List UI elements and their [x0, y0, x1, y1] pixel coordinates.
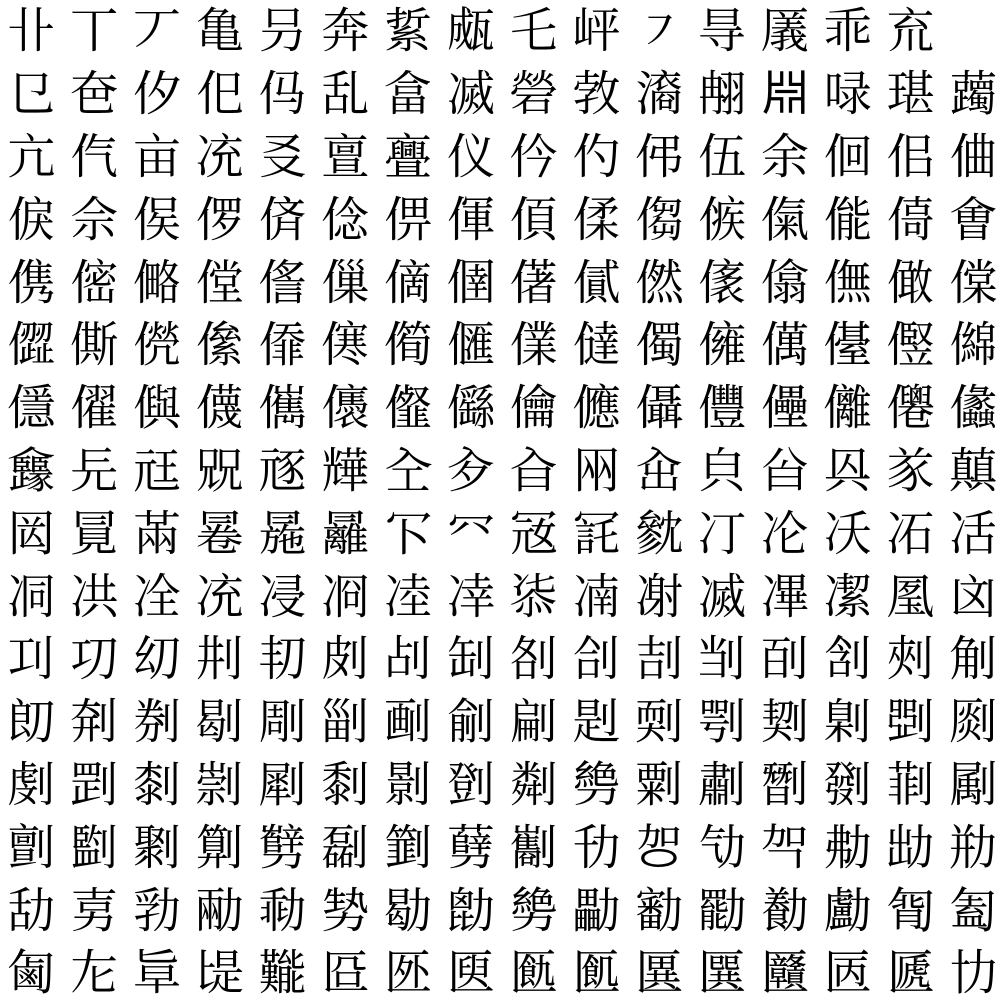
glyph-cell: 㔊 — [0, 816, 63, 879]
glyph-cell: 㒑 — [440, 314, 503, 377]
glyph-cell: 㒹 — [942, 440, 1005, 503]
glyph-cell: 㓊 — [0, 565, 63, 628]
glyph-cell: 乖 — [816, 0, 879, 63]
glyph-cell: 㓅 — [691, 502, 754, 565]
glyph-cell: 㑵 — [691, 188, 754, 251]
glyph-cell: 㒒 — [502, 314, 565, 377]
glyph-cell: 㔱 — [440, 942, 503, 1005]
glyph-cell: 䕽 — [942, 63, 1005, 126]
glyph-cell: 㓸 — [879, 691, 942, 754]
glyph-cell: 㔩 — [942, 879, 1005, 942]
glyph-cell: 㓂 — [502, 502, 565, 565]
glyph-cell: 㓟 — [314, 628, 377, 691]
glyph-cell: 㓃 — [565, 502, 628, 565]
glyph-cell: 㓱 — [440, 691, 503, 754]
glyph-cell: 㔌 — [126, 816, 189, 879]
glyph-cell: 㔂 — [502, 754, 565, 817]
glyph-cell: 㒙 — [942, 314, 1005, 377]
glyph-cell: 㑼 — [126, 251, 189, 314]
glyph-cell: 㓍 — [188, 565, 251, 628]
glyph-cell: 㒠 — [377, 377, 440, 440]
glyph-cell: 㑋 — [942, 126, 1005, 189]
glyph-cell: 㔶 — [754, 942, 817, 1005]
glyph-cell: 㔤 — [628, 879, 691, 942]
glyph-cell: 丆 — [126, 0, 189, 63]
glyph-cell: 㓆 — [754, 502, 817, 565]
glyph-cell: 㒯 — [314, 440, 377, 503]
glyph-cell: 㒀 — [377, 251, 440, 314]
glyph-cell: 㒟 — [314, 377, 377, 440]
glyph-cell: 㔫 — [63, 942, 126, 1005]
glyph-cell: 㔯 — [314, 942, 377, 1005]
glyph-cell: 㔵 — [691, 942, 754, 1005]
glyph-cell: 㔄 — [628, 754, 691, 817]
glyph-cell: 㔔 — [628, 816, 691, 879]
glyph-cell: 㓎 — [251, 565, 314, 628]
glyph-cell: 㓒 — [502, 565, 565, 628]
glyph-cell: 㔹 — [942, 942, 1005, 1005]
glyph-cell: 㓵 — [691, 691, 754, 754]
glyph-cell: 㓚 — [0, 628, 63, 691]
glyph-cell: 㒘 — [879, 314, 942, 377]
glyph-cell: 㔙 — [942, 816, 1005, 879]
glyph-cell: 㑾 — [251, 251, 314, 314]
glyph-cell: 䃕 — [502, 63, 565, 126]
glyph-cell: 㒚 — [0, 377, 63, 440]
glyph-cell: 㔁 — [440, 754, 503, 817]
glyph-cell: 㒔 — [628, 314, 691, 377]
glyph-cell: 㔚 — [0, 879, 63, 942]
glyph-cell: 㒜 — [126, 377, 189, 440]
glyph-cell: 㓇 — [816, 502, 879, 565]
glyph-cell: 㔅 — [691, 754, 754, 817]
glyph-cell: 㔒 — [502, 816, 565, 879]
glyph-cell: 㒞 — [251, 377, 314, 440]
glyph-cell: 㒽 — [188, 502, 251, 565]
glyph-cell: 㓿 — [314, 754, 377, 817]
glyph-cell: 㓕 — [691, 565, 754, 628]
glyph-cell: 㔓 — [565, 816, 628, 879]
glyph-cell: 㐹 — [63, 126, 126, 189]
glyph-cell: 㒓 — [565, 314, 628, 377]
glyph-cell: 㓲 — [502, 691, 565, 754]
glyph-cell: 夿 — [63, 63, 126, 126]
glyph-cell: 仱 — [502, 126, 565, 189]
glyph-cell: 㔆 — [754, 754, 817, 817]
glyph-cell: 㔏 — [314, 816, 377, 879]
glyph-cell: 㓑 — [440, 565, 503, 628]
glyph-cell: 㔟 — [314, 879, 377, 942]
glyph-cell: 㓛 — [63, 628, 126, 691]
glyph-cell: 㔬 — [126, 942, 189, 1005]
glyph-cell: 㓘 — [879, 565, 942, 628]
glyph-cell: 㓷 — [816, 691, 879, 754]
glyph-cell: 㕒 — [754, 0, 817, 63]
glyph-cell: 㔗 — [816, 816, 879, 879]
glyph-cell: 㒕 — [691, 314, 754, 377]
glyph-cell: 㒡 — [440, 377, 503, 440]
glyph-cell: 㓨 — [879, 628, 942, 691]
glyph-cell: 㔋 — [63, 816, 126, 879]
glyph-cell: 亀 — [188, 0, 251, 63]
glyph-cell: 㒦 — [754, 377, 817, 440]
glyph-cell: 㓈 — [879, 502, 942, 565]
glyph-cell: 㒬 — [126, 440, 189, 503]
glyph-cell: 㒏 — [314, 314, 377, 377]
glyph-cell: 㔭 — [188, 942, 251, 1005]
glyph-cell: 㓋 — [63, 565, 126, 628]
glyph-cell: 㓕 — [440, 63, 503, 126]
glyph-cell: 㓉 — [942, 502, 1005, 565]
glyph-cell: 㒶 — [754, 440, 817, 503]
glyph-cell: 㔮 — [251, 942, 314, 1005]
glyph-cell: 㔳 — [565, 942, 628, 1005]
glyph-cell: 㔐 — [377, 816, 440, 879]
glyph-cell: 㑫 — [314, 188, 377, 251]
glyph-cell: 㑩 — [188, 188, 251, 251]
glyph-cell: 㓄 — [628, 502, 691, 565]
glyph-cell: 㔕 — [691, 816, 754, 879]
glyph-cell: 㑻 — [63, 251, 126, 314]
glyph-cell: 𣶒 — [754, 63, 817, 126]
glyph-cell: 㒣 — [565, 377, 628, 440]
glyph-cell: 伍 — [691, 126, 754, 189]
glyph-cell: 㓺 — [0, 754, 63, 817]
glyph-cell: 㑦 — [0, 188, 63, 251]
glyph-cell: 㔴 — [628, 942, 691, 1005]
glyph-cell: 㓮 — [251, 691, 314, 754]
glyph-cell: 㒢 — [502, 377, 565, 440]
glyph-cell: 㓴 — [628, 691, 691, 754]
glyph-cell: 亩 — [126, 126, 189, 189]
glyph-cell: 㑿 — [314, 251, 377, 314]
glyph-cell: 䋢 — [377, 0, 440, 63]
glyph-cell: 㒫 — [63, 440, 126, 503]
glyph-cell: 㒐 — [377, 314, 440, 377]
glyph-cell: 㓧 — [816, 628, 879, 691]
glyph-cell: 㓦 — [754, 628, 817, 691]
glyph-cell: 亶 — [314, 126, 377, 189]
glyph-cell: 㓁 — [440, 502, 503, 565]
glyph-cell: 㓹 — [942, 691, 1005, 754]
glyph-cell: 岼 — [565, 0, 628, 63]
glyph-cell: 㒅 — [691, 251, 754, 314]
glyph-cell: 㑪 — [251, 188, 314, 251]
glyph-cell: 㓩 — [942, 628, 1005, 691]
glyph-cell: 㒇 — [816, 251, 879, 314]
glyph-cell: 㼩 — [440, 0, 503, 63]
glyph-cell: 㐷 — [251, 63, 314, 126]
glyph-cell: 㒊 — [0, 314, 63, 377]
glyph-cell: 㒩 — [942, 377, 1005, 440]
glyph-cell: 伄 — [628, 126, 691, 189]
glyph-cell: 㔃 — [565, 754, 628, 817]
glyph-cell: 㒄 — [628, 251, 691, 314]
glyph-cell: 㑶 — [754, 188, 817, 251]
glyph-cell: 㔧 — [816, 879, 879, 942]
glyph-cell: 余 — [754, 126, 817, 189]
glyph-cell: 㔣 — [565, 879, 628, 942]
glyph-cell: 㒸 — [879, 440, 942, 503]
glyph-cell: 㓢 — [502, 628, 565, 691]
glyph-cell: 㒻 — [63, 502, 126, 565]
glyph-cell: 㑭 — [377, 188, 440, 251]
glyph-cell: 㑽 — [188, 251, 251, 314]
glyph-cell: 㒪 — [0, 440, 63, 503]
glyph-cell: 㒉 — [942, 251, 1005, 314]
glyph-cell: 㓐 — [377, 565, 440, 628]
glyph-cell: 㒳 — [565, 440, 628, 503]
glyph-cell: 㒲 — [502, 440, 565, 503]
glyph-cell: 㓔 — [628, 565, 691, 628]
glyph-cell: 㒁 — [440, 251, 503, 314]
glyph-cell: 㔡 — [440, 879, 503, 942]
glyph-cell: 㐶 — [188, 63, 251, 126]
glyph-cell: 佪 — [816, 126, 879, 189]
glyph-cell: 㓝 — [188, 628, 251, 691]
glyph-cell: 㒼 — [126, 502, 189, 565]
glyph-cell: 㓶 — [754, 691, 817, 754]
glyph-cell: 㒵 — [691, 440, 754, 503]
glyph-cell: 㑨 — [126, 188, 189, 251]
glyph-cell: 㔠 — [377, 879, 440, 942]
glyph-cell: 㑯 — [502, 188, 565, 251]
glyph-cell: 㒂 — [502, 251, 565, 314]
glyph-cell: 㒨 — [879, 377, 942, 440]
glyph-cell: 佀 — [879, 126, 942, 189]
glyph-cell: 㔑 — [440, 816, 503, 879]
glyph-cell: 㒺 — [0, 502, 63, 565]
glyph-cell: 㓰 — [377, 691, 440, 754]
glyph-cell: 㔞 — [251, 879, 314, 942]
glyph-cell: 㓫 — [63, 691, 126, 754]
glyph-cell: 㓜 — [126, 628, 189, 691]
glyph-cell: 㻣 — [879, 63, 942, 126]
glyph-cell: 㓯 — [314, 691, 377, 754]
glyph-cell: 㓠 — [377, 628, 440, 691]
glyph-cell: 㒾 — [251, 502, 314, 565]
glyph-cell: 㖨 — [816, 63, 879, 126]
glyph-cell: 㓌 — [126, 565, 189, 628]
glyph-cell: 㒋 — [63, 314, 126, 377]
glyph-cell: 仢 — [565, 126, 628, 189]
glyph-cell: 㓼 — [126, 754, 189, 817]
glyph-cell: 㒷 — [816, 440, 879, 503]
glyph-cell: 㔾 — [0, 63, 63, 126]
glyph-cell: 丅 — [63, 0, 126, 63]
glyph-cell: 㓖 — [754, 565, 817, 628]
glyph-cell: 㓀 — [377, 502, 440, 565]
glyph-cell: 㔀 — [377, 754, 440, 817]
glyph-cell: 㔨 — [879, 879, 942, 942]
glyph-cell: 㔥 — [691, 879, 754, 942]
glyph-cell: 㝵 — [691, 0, 754, 63]
glyph-cell: 叧 — [251, 0, 314, 63]
glyph-cell: 䎃 — [691, 63, 754, 126]
glyph-cell: 㒝 — [188, 377, 251, 440]
glyph-cell: 㓓 — [565, 565, 628, 628]
glyph-cell: 㓍 — [188, 126, 251, 189]
glyph-cell: 㑱 — [565, 188, 628, 251]
glyph-cell: 㓙 — [942, 565, 1005, 628]
glyph-cell: 亹 — [377, 126, 440, 189]
glyph-cell: 㐬 — [879, 0, 942, 63]
glyph-cell: 㑮 — [440, 188, 503, 251]
glyph-cell: 㓗 — [816, 565, 879, 628]
glyph-cell: 㓤 — [628, 628, 691, 691]
glyph-cell: 㒭 — [188, 440, 251, 503]
glyph-cell: 㔝 — [188, 879, 251, 942]
glyph-cell: 㓬 — [126, 691, 189, 754]
glyph-cell: 㔪 — [0, 942, 63, 1005]
glyph-cell: 㒤 — [628, 377, 691, 440]
glyph-cell: 㑸 — [879, 188, 942, 251]
glyph-cell: 㔜 — [126, 879, 189, 942]
glyph-cell: 㒿 — [314, 502, 377, 565]
glyph-cell: 㓽 — [188, 754, 251, 817]
glyph-cell: 乇 — [502, 0, 565, 63]
glyph-cell: 㔸 — [879, 942, 942, 1005]
glyph-cell: 㪍 — [565, 63, 628, 126]
glyph-cell: 㒍 — [188, 314, 251, 377]
glyph-cell: 㐴 — [126, 63, 189, 126]
glyph-cell: 㔖 — [754, 816, 817, 879]
glyph-cell: 㓭 — [188, 691, 251, 754]
glyph-cell: 㓻 — [63, 754, 126, 817]
glyph-cell: 㒌 — [126, 314, 189, 377]
glyph-cell: 㔲 — [502, 942, 565, 1005]
glyph-cell: 㔇 — [816, 754, 879, 817]
glyph-cell: 㔛 — [63, 879, 126, 942]
glyph-cell: 㓪 — [0, 691, 63, 754]
glyph-cell: 佘 — [63, 188, 126, 251]
glyph-cell: 㒖 — [754, 314, 817, 377]
glyph-cell: 㵝 — [628, 63, 691, 126]
glyph-cell: 㑷 — [816, 188, 879, 251]
glyph-cell: 㔘 — [879, 816, 942, 879]
glyph-cell: 㔈 — [879, 754, 942, 817]
glyph-cell: 㒧 — [816, 377, 879, 440]
glyph-cell: 㒰 — [377, 440, 440, 503]
glyph-cell: 㒆 — [754, 251, 817, 314]
glyph-cell: 㒥 — [691, 377, 754, 440]
glyph-cell: 㒈 — [879, 251, 942, 314]
glyph-cell: 𦬱 — [942, 0, 1005, 63]
glyph-cell: 仪 — [440, 126, 503, 189]
glyph-cell: 㓥 — [691, 628, 754, 691]
glyph-cell: 畣 — [377, 63, 440, 126]
glyph-cell: 㔢 — [502, 879, 565, 942]
glyph-cell: 㓣 — [565, 628, 628, 691]
glyph-cell: 㓡 — [440, 628, 503, 691]
glyph-cell: 㒴 — [628, 440, 691, 503]
glyph-cell: 㔰 — [377, 942, 440, 1005]
glyph-cell: 㒛 — [63, 377, 126, 440]
glyph-cell: 㑳 — [628, 188, 691, 251]
glyph-cell: 㒮 — [251, 440, 314, 503]
glyph-cell: 乱 — [314, 63, 377, 126]
glyph-cell: 㓏 — [314, 565, 377, 628]
glyph-cell: 㒗 — [816, 314, 879, 377]
glyph-cell: 㕛 — [251, 126, 314, 189]
glyph-cell: 㔎 — [251, 816, 314, 879]
glyph-cell: 㓾 — [251, 754, 314, 817]
glyph-cell: 㒃 — [565, 251, 628, 314]
glyph-cell: 㓞 — [251, 628, 314, 691]
glyph-cell: 㑺 — [0, 251, 63, 314]
glyph-cell: 奔 — [314, 0, 377, 63]
glyph-cell: 㓳 — [565, 691, 628, 754]
glyph-cell: ㇇ — [628, 0, 691, 63]
glyph-cell: 㔉 — [942, 754, 1005, 817]
glyph-cell: 㒎 — [251, 314, 314, 377]
glyph-cell: 㔷 — [816, 942, 879, 1005]
glyph-cell: 㔍 — [188, 816, 251, 879]
glyph-grid: 卝丅丆亀叧奔䋢㼩乇岼㇇㝵㕒乖㐬𦬱㔾夿㐴㐶㐷乱畣㓕䃕㪍㵝䎃𣶒㖨㻣䕽亢㐹亩㓍㕛亶亹仪… — [0, 0, 1005, 1005]
glyph-cell: 㑹 — [942, 188, 1005, 251]
glyph-cell: 亢 — [0, 126, 63, 189]
glyph-cell: 㔦 — [754, 879, 817, 942]
glyph-cell: 卝 — [0, 0, 63, 63]
glyph-cell: 㒱 — [440, 440, 503, 503]
